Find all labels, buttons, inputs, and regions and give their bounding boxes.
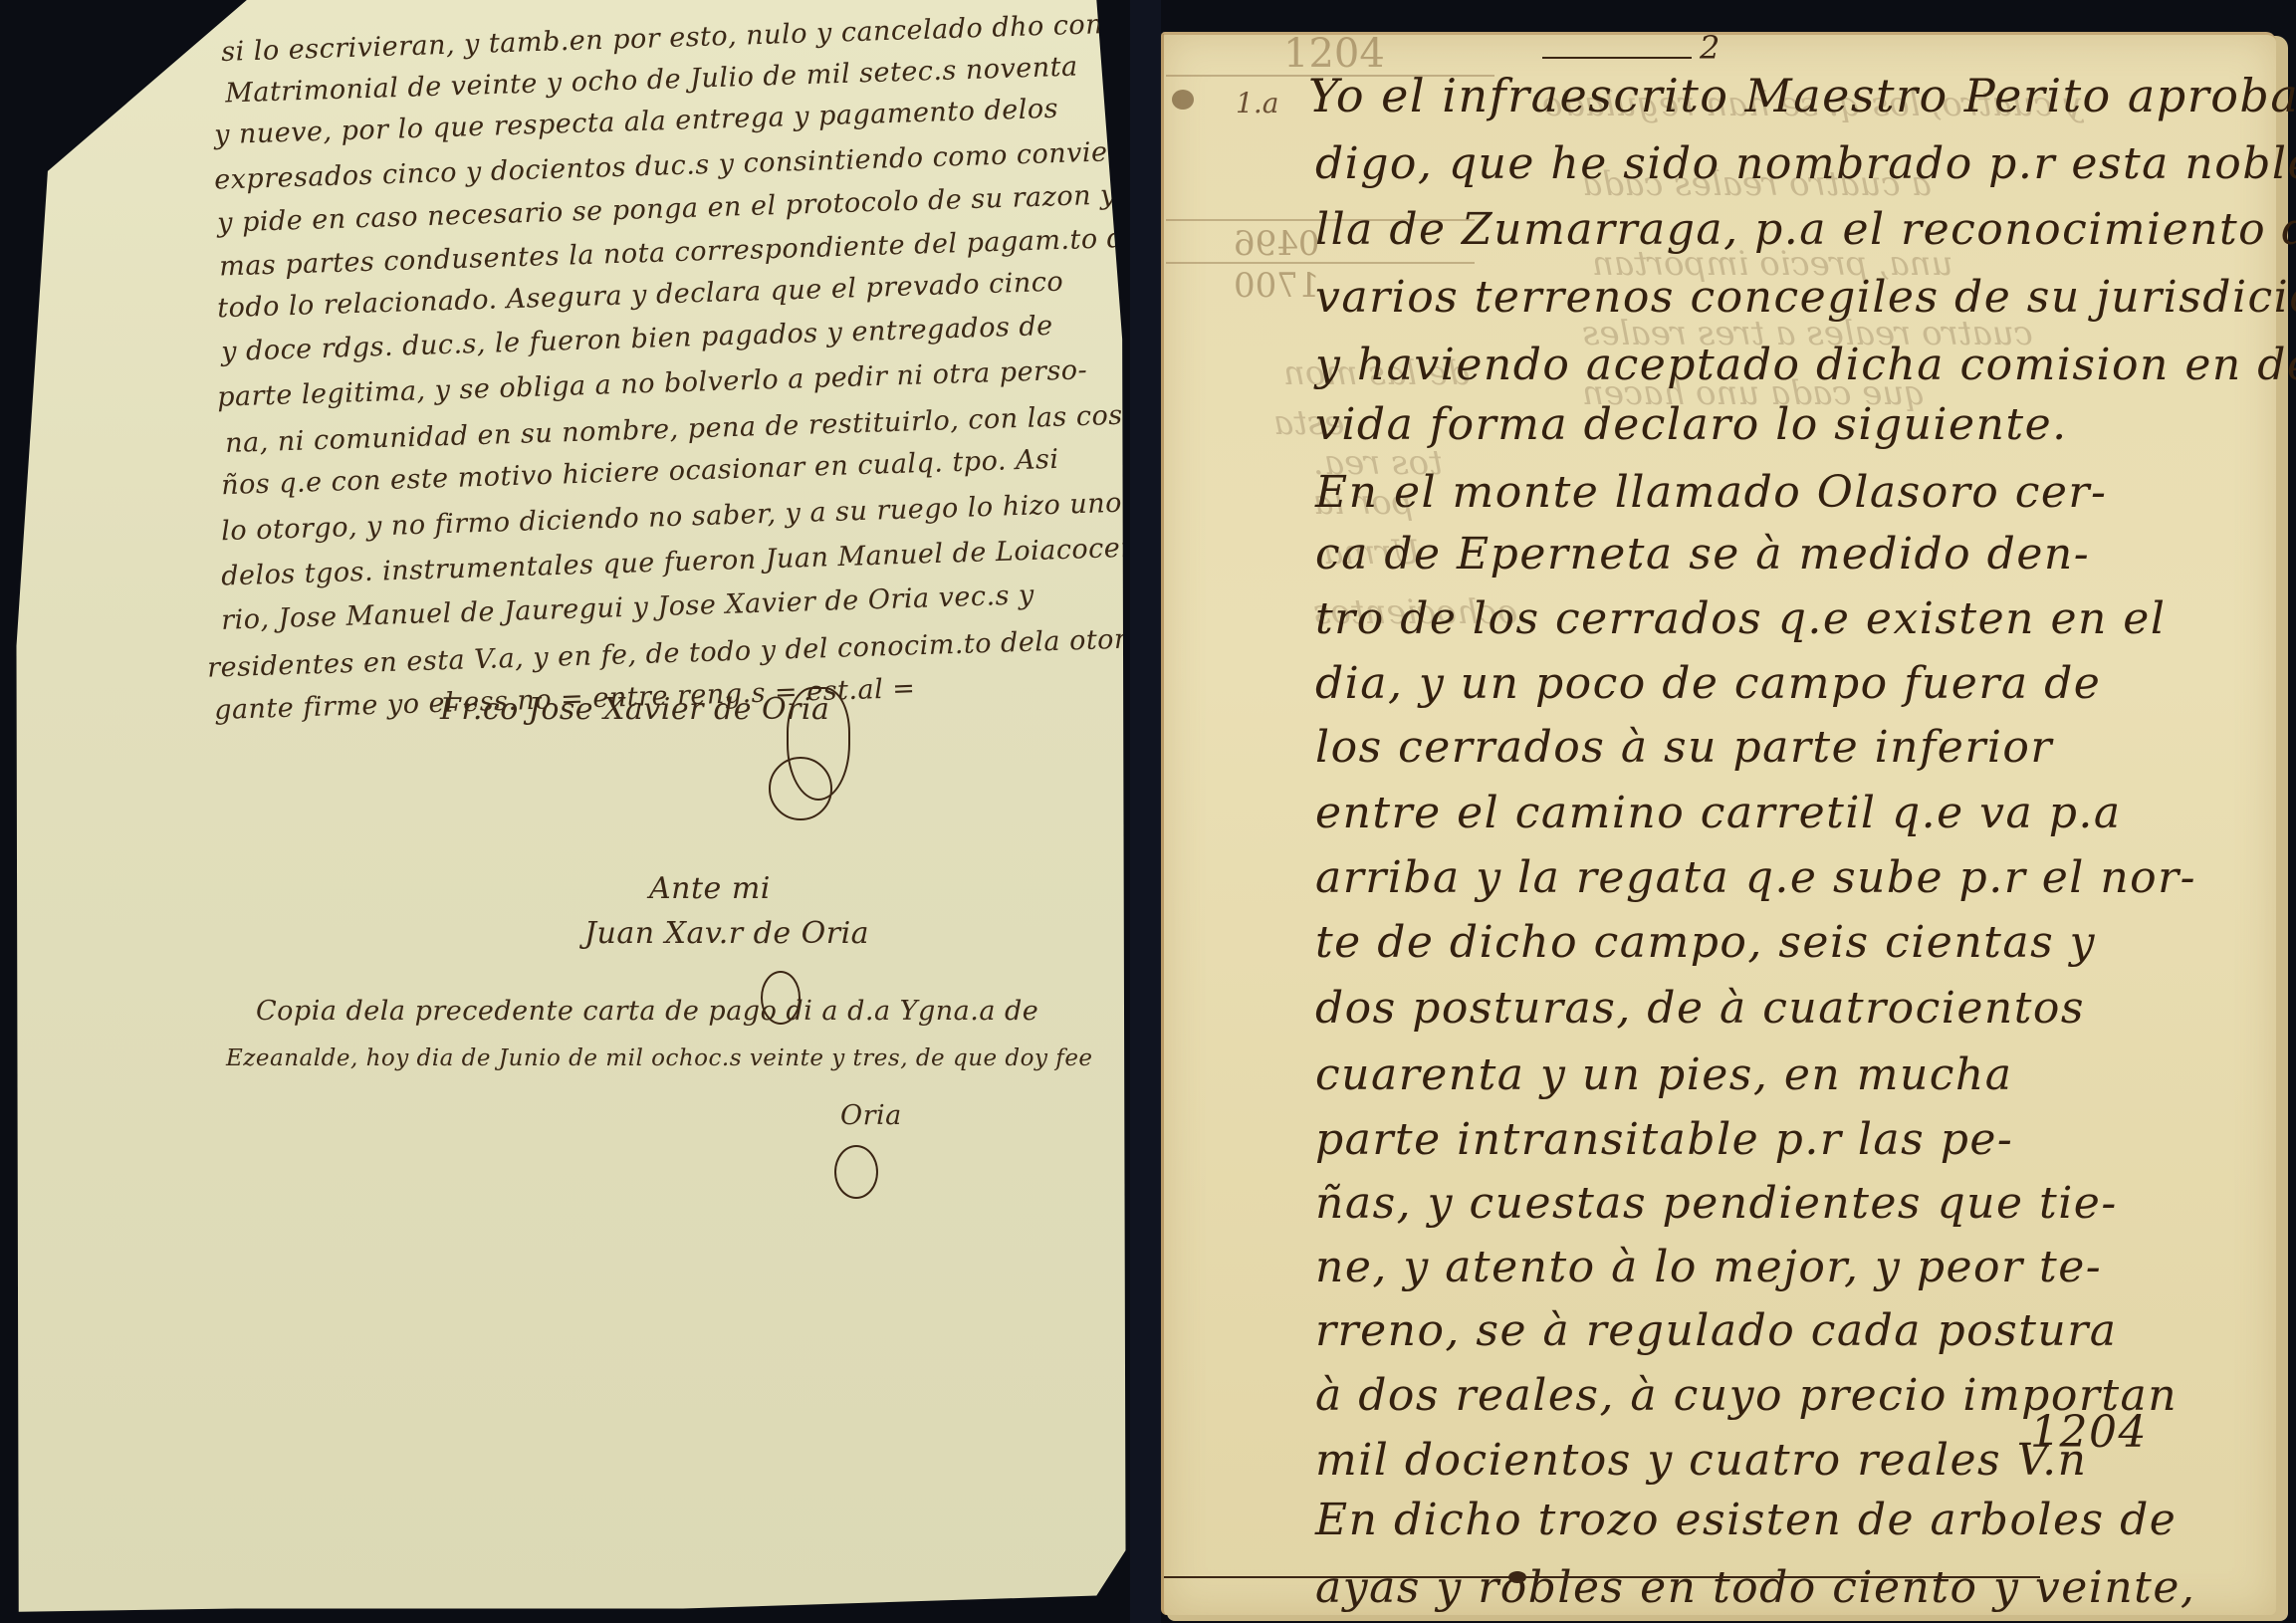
signature-francisco-jose-xavier-de-oria: Fr.co Jose Xavier de Oria: [440, 692, 829, 727]
signature-rubric-icon: [769, 757, 832, 820]
right-text-line: entre el camino carretil q.e va p.a: [1315, 788, 2122, 838]
page-number-rule: [1542, 57, 1692, 59]
right-text-line: mil docientos y cuatro reales V.n: [1315, 1435, 2087, 1486]
margin-number-mid-1: 0496: [1234, 224, 1320, 264]
right-text-line: los cerrados à su parte inferior: [1315, 722, 2053, 773]
right-text-line: tro de los cerrados q.e existen en el: [1315, 593, 2166, 644]
folio-mark: 1.a: [1236, 87, 1278, 119]
left-text-line: residentes en esta V.a, y en fe, de todo…: [207, 623, 1138, 683]
page-number: 2: [1700, 29, 1720, 67]
ante-mi-label: Ante mi: [649, 871, 771, 906]
right-text-line: arriba y la regata q.e sube p.r el nor-: [1315, 852, 2196, 903]
right-text-line: ne, y atento à lo mejor, y peor te-: [1315, 1242, 2102, 1292]
right-text-line: digo, que he sido nombrado p.r esta nobl…: [1315, 138, 2296, 189]
right-text-line: y haviendo aceptado dicha comision en de…: [1315, 340, 2296, 390]
right-text-line: lla de Zumarraga, p.a el reconocimiento …: [1315, 204, 2296, 255]
right-text-line: dos posturas, de à cuatrocientos: [1315, 983, 2085, 1034]
rule-knot-icon: [1508, 1571, 1526, 1583]
right-text-line: En dicho trozo esisten de arboles de: [1315, 1495, 2177, 1545]
margin-number-mid-2: 1700: [1234, 266, 1320, 306]
closing-rubric-icon: [834, 1145, 878, 1199]
right-text-line: cuarenta y un pies, en mucha: [1315, 1049, 2013, 1100]
right-text-line: varios terrenos concegiles de su jurisdi…: [1315, 272, 2296, 323]
margin-rule-mid-2: [1166, 262, 1475, 264]
right-text-line: vida forma declaro lo siguiente.: [1315, 399, 2068, 450]
right-text-line: te de dicho campo, seis cientas y: [1315, 917, 2096, 968]
book-gutter: [1130, 0, 1161, 1623]
right-text-line: rreno, se à regulado cada postura: [1315, 1305, 2118, 1356]
right-text-line: ñas, y cuestas pendientes que tie-: [1315, 1178, 2118, 1229]
right-text-line: En el monte llamado Olasoro cer-: [1315, 467, 2107, 518]
right-text-line: ayas y robles en todo ciento y veinte,: [1315, 1562, 2195, 1613]
right-text-line: parte intransitable p.r las pe-: [1315, 1114, 2013, 1165]
closing-line-1: Copia dela precedente carta de pago di a…: [256, 996, 1038, 1027]
ink-blot-icon: [1172, 90, 1194, 110]
right-text-line: Yo el infraescrito Maestro Perito aproba…: [1308, 69, 2296, 122]
notary-signature: Juan Xav.r de Oria: [584, 916, 869, 951]
right-text-line: dia, y un poco de campo fuera de: [1315, 658, 2101, 709]
amount-total: 1204: [2030, 1407, 2148, 1458]
closing-signature: Oria: [840, 1100, 902, 1131]
closing-rule: [1164, 1576, 2040, 1578]
right-text-line: ca de Eperneta se à medido den-: [1315, 529, 2090, 580]
right-manuscript-page: 1204 1.a 2 0496 1700 y cuatro, los q. se…: [1161, 32, 2276, 1615]
left-manuscript-page: si lo escrivieran, y tamb.en por esto, n…: [12, 0, 1130, 1615]
closing-line-2: Ezeanalde, hoy dia de Junio de mil ochoc…: [226, 1045, 1093, 1071]
